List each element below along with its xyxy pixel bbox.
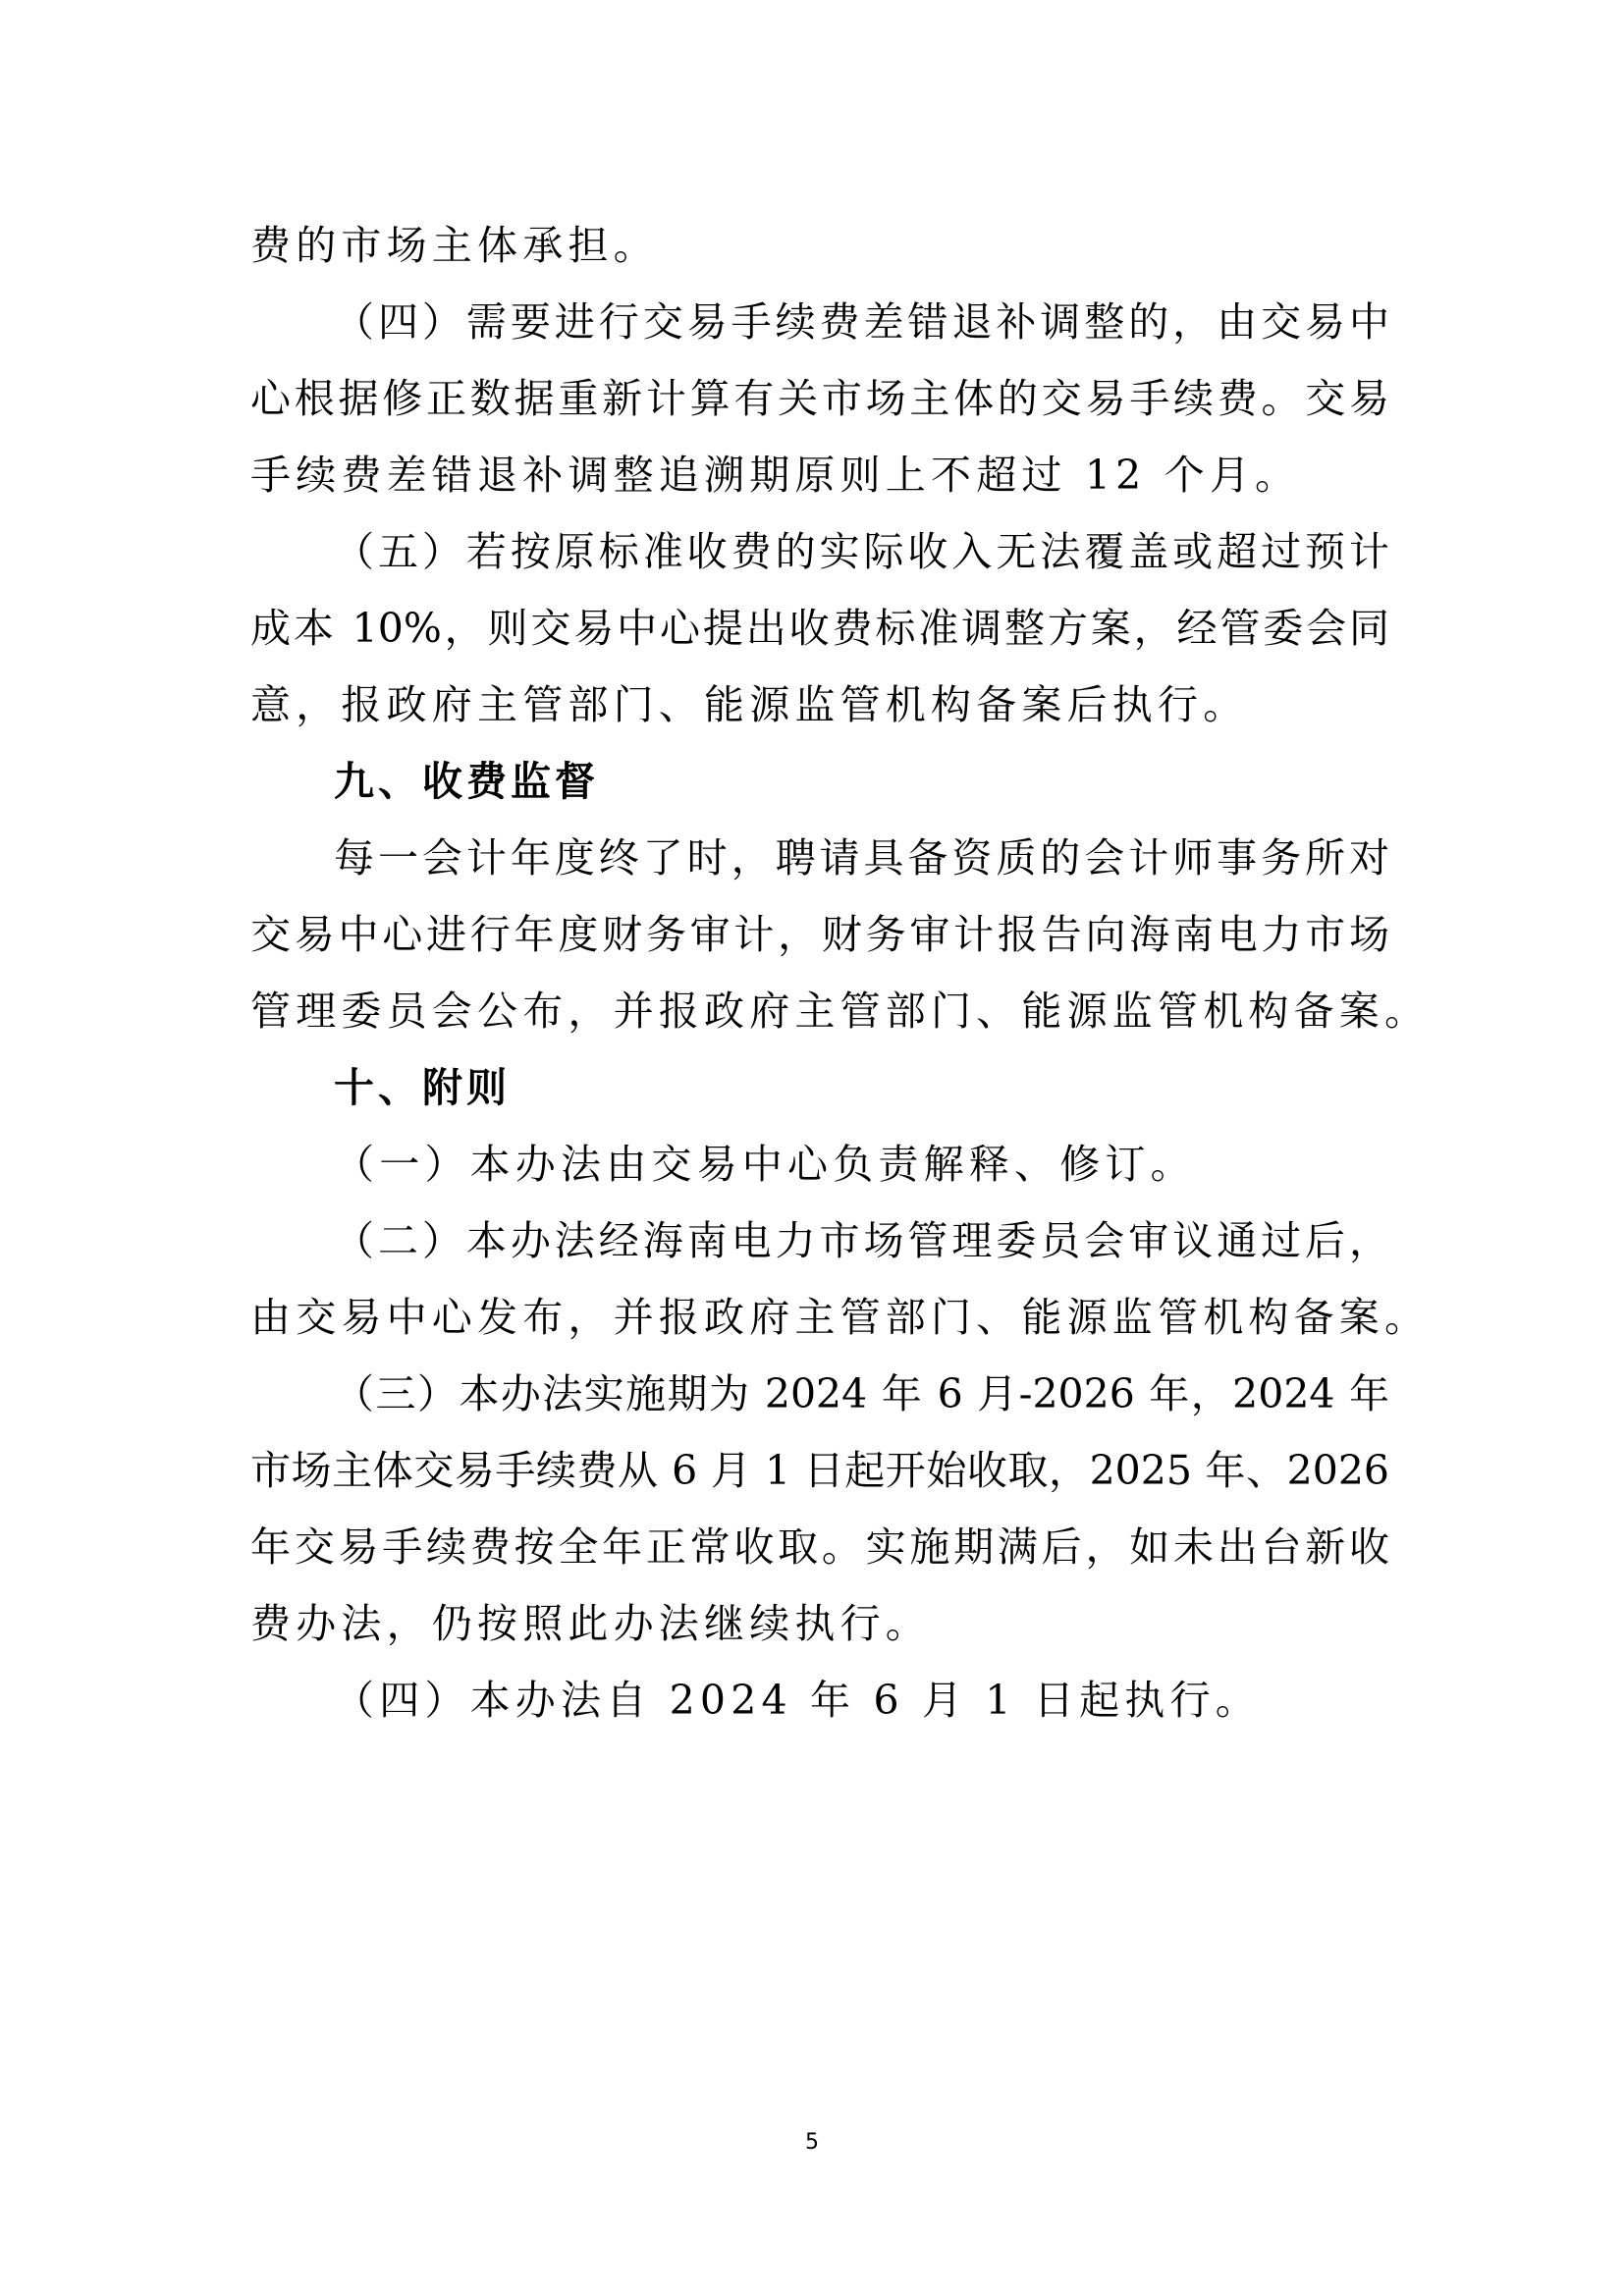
- paragraph-line: 交易中心进行年度财务审计，财务审计报告向海南电力市场: [250, 895, 1389, 974]
- paragraph-line: 心根据修正数据重新计算有关市场主体的交易手续费。交易: [250, 359, 1389, 438]
- paragraph-line: 费的市场主体承担。: [250, 206, 1389, 285]
- page-number: 5: [0, 2128, 1624, 2158]
- paragraph-line: 每一会计年度终了时，聘请具备资质的会计师事务所对: [334, 819, 1389, 897]
- paragraph-line: 管理委员会公布，并报政府主管部门、能源监管机构备案。: [250, 972, 1389, 1050]
- paragraph-line: （三）本办法实施期为 2024 年 6 月-2026 年，2024 年: [334, 1355, 1389, 1433]
- paragraph-line: （四）需要进行交易手续费差错退补调整的，由交易中: [334, 283, 1389, 361]
- paragraph-line: （二）本办法经海南电力市场管理委员会审议通过后，: [334, 1201, 1389, 1280]
- section-heading: 十、附则: [334, 1048, 1389, 1127]
- paragraph-line: 市场主体交易手续费从 6 月 1 日起开始收取，2025 年、2026: [250, 1431, 1389, 1510]
- paragraph-line: 费办法，仍按照此办法继续执行。: [250, 1584, 1389, 1663]
- paragraph-line: 年交易手续费按全年正常收取。实施期满后，如未出台新收: [250, 1508, 1389, 1586]
- section-heading: 九、收费监督: [334, 742, 1389, 821]
- paragraph-line: 意，报政府主管部门、能源监管机构备案后执行。: [250, 666, 1389, 744]
- document-page: 费的市场主体承担。 （四）需要进行交易手续费差错退补调整的，由交易中 心根据修正…: [0, 0, 1624, 2296]
- paragraph-line: （四）本办法自 2024 年 6 月 1 日起执行。: [334, 1661, 1389, 1739]
- paragraph-line: 由交易中心发布，并报政府主管部门、能源监管机构备案。: [250, 1278, 1389, 1357]
- paragraph-line: （一）本办法由交易中心负责解释、修订。: [334, 1125, 1389, 1203]
- paragraph-line: 成本 10%，则交易中心提出收费标准调整方案，经管委会同: [250, 589, 1389, 667]
- paragraph-line: （五）若按原标准收费的实际收入无法覆盖或超过预计: [334, 512, 1389, 591]
- paragraph-line: 手续费差错退补调整追溯期原则上不超过 12 个月。: [250, 436, 1389, 514]
